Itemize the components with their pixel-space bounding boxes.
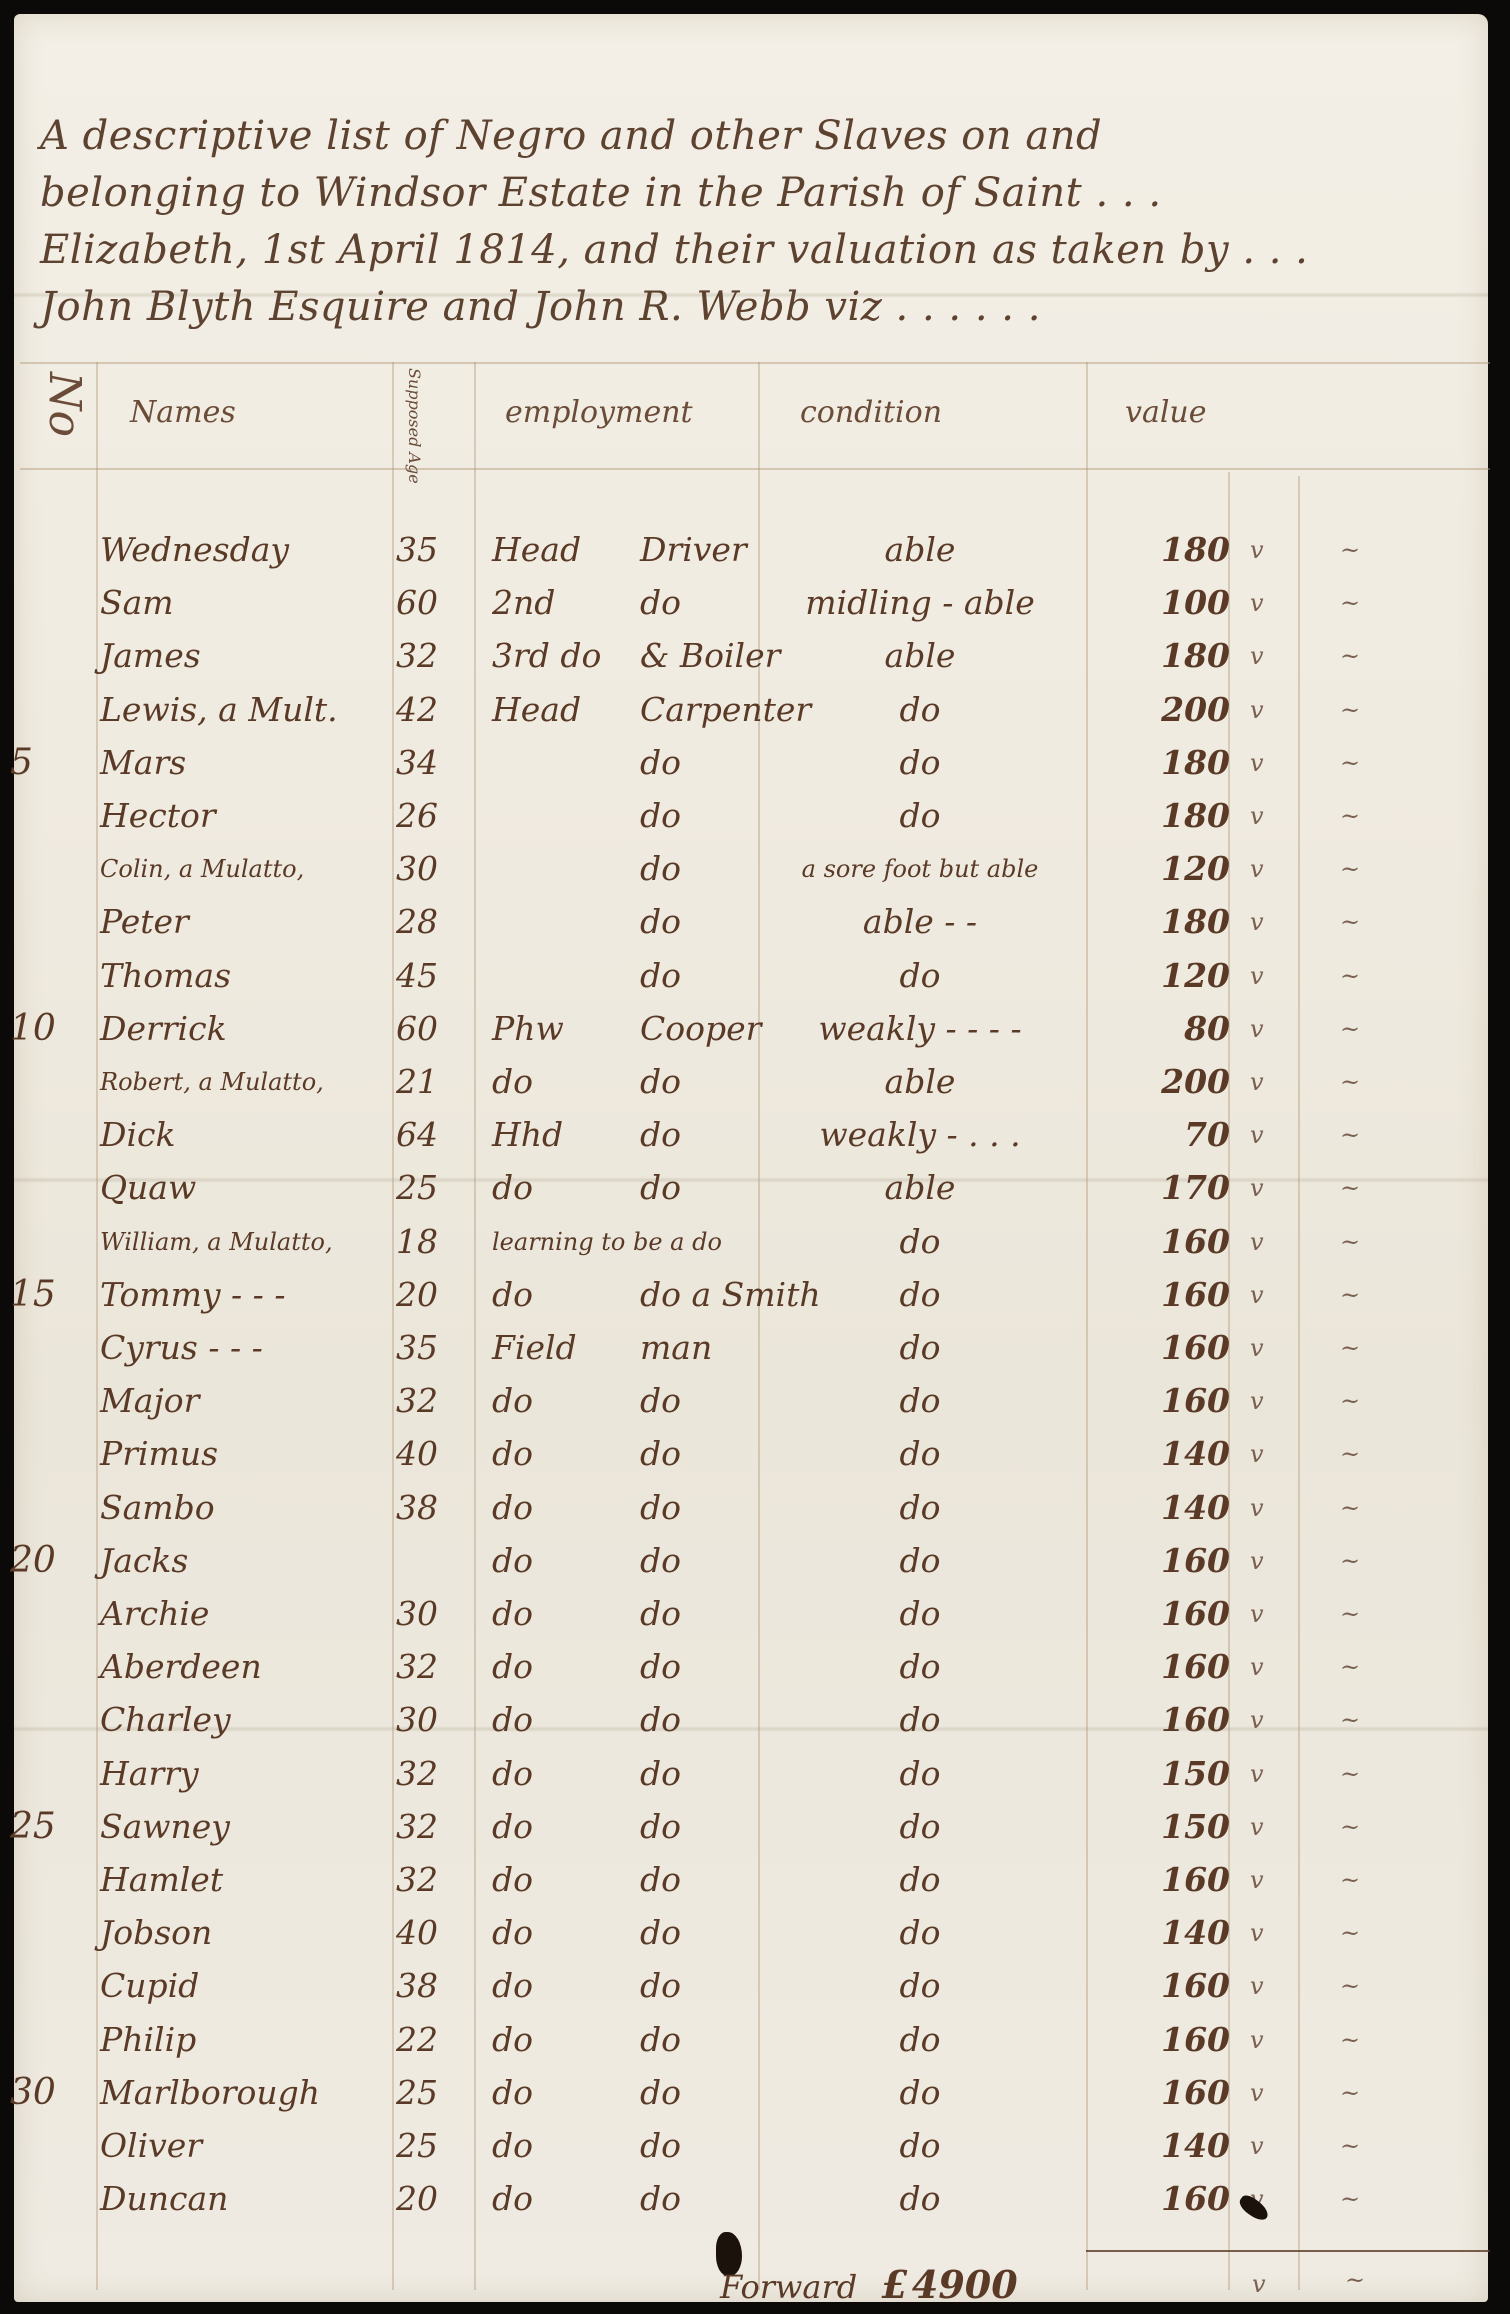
employment-2: do xyxy=(640,1641,760,1693)
check-mark-2: ~ xyxy=(1340,2120,1390,2172)
check-mark-1: v xyxy=(1250,630,1290,682)
condition: do xyxy=(760,1588,1080,1640)
value: 160 xyxy=(1100,1694,1230,1746)
condition: do xyxy=(760,737,1080,789)
employment-2: do xyxy=(640,577,760,629)
age: 40 xyxy=(396,1907,476,1959)
employment-1: Hhd xyxy=(492,1109,652,1161)
title-line: Elizabeth, 1st April 1814, and their val… xyxy=(40,222,1440,279)
value: 80 xyxy=(1100,1003,1230,1055)
condition: do xyxy=(760,950,1080,1002)
check-mark-2: ~ xyxy=(1340,1216,1390,1268)
age: 32 xyxy=(396,1641,476,1693)
check-mark-2: ~ xyxy=(1340,1960,1390,2012)
slave-name: James xyxy=(100,630,390,682)
table-row: Cyrus - - -35Fieldmando160v~ xyxy=(0,1322,1510,1374)
condition: able - - xyxy=(760,896,1080,948)
age: 32 xyxy=(396,630,476,682)
value: 150 xyxy=(1100,1748,1230,1800)
header-rule-top xyxy=(20,362,1490,364)
employment-2: do xyxy=(640,1694,760,1746)
table-row: Jobson40dododo140v~ xyxy=(0,1907,1510,1959)
check-mark-2: ~ xyxy=(1340,2067,1390,2119)
age: 32 xyxy=(396,1375,476,1427)
table-row: Colin, a Mulatto,30doa sore foot but abl… xyxy=(0,843,1510,895)
row-number: 20 xyxy=(10,1535,80,1587)
condition: do xyxy=(760,1748,1080,1800)
employment-1: do xyxy=(492,1907,652,1959)
slave-name: Wednesday xyxy=(100,524,390,576)
total-rule xyxy=(1086,2250,1490,2252)
employment-2: do xyxy=(640,1428,760,1480)
age: 64 xyxy=(396,1109,476,1161)
age: 35 xyxy=(396,1322,476,1374)
check-mark-2: ~ xyxy=(1340,684,1390,736)
table-row: Hector26dodo180v~ xyxy=(0,790,1510,842)
condition: weakly - - - - xyxy=(760,1003,1080,1055)
age: 30 xyxy=(396,1694,476,1746)
check-mark-2: ~ xyxy=(1340,1375,1390,1427)
employment-1: do xyxy=(492,1428,652,1480)
check-mark-2: ~ xyxy=(1340,790,1390,842)
slave-name: Harry xyxy=(100,1748,390,1800)
condition: a sore foot but able xyxy=(760,843,1080,895)
condition: do xyxy=(760,1854,1080,1906)
table-row: Archie30dododo160v~ xyxy=(0,1588,1510,1640)
slave-name: Dick xyxy=(100,1109,390,1161)
table-row: 5Mars34dodo180v~ xyxy=(0,737,1510,789)
slave-name: Sambo xyxy=(100,1482,390,1534)
check-mark-2: ~ xyxy=(1340,1003,1390,1055)
table-row: Primus40dododo140v~ xyxy=(0,1428,1510,1480)
condition: do xyxy=(760,1694,1080,1746)
check-mark-2: ~ xyxy=(1340,630,1390,682)
check-mark-1: v xyxy=(1250,1322,1290,1374)
check-mark-1: v xyxy=(1250,737,1290,789)
check-mark-2: ~ xyxy=(1340,524,1390,576)
slave-name: Sam xyxy=(100,577,390,629)
value: 180 xyxy=(1100,790,1230,842)
slave-name: Hector xyxy=(100,790,390,842)
age: 25 xyxy=(396,1162,476,1214)
employment-2: do xyxy=(640,1748,760,1800)
value: 140 xyxy=(1100,2120,1230,2172)
age: 60 xyxy=(396,1003,476,1055)
employment-1: do xyxy=(492,1748,652,1800)
employment-2: do xyxy=(640,2067,760,2119)
check-mark-1: v xyxy=(1250,1003,1290,1055)
column-header-age: Supposed Age xyxy=(405,368,424,484)
slave-name: Tommy - - - xyxy=(100,1269,390,1321)
employment-2: do xyxy=(640,1535,760,1587)
check-mark-2: ~ xyxy=(1340,1588,1390,1640)
age: 20 xyxy=(396,2173,476,2225)
check-mark-2: ~ xyxy=(1340,1535,1390,1587)
check-mark-1: v xyxy=(1250,1694,1290,1746)
check-mark-1: v xyxy=(1250,1375,1290,1427)
slave-name: Aberdeen xyxy=(100,1641,390,1693)
condition: do xyxy=(760,1535,1080,1587)
table-row: Sam602nddomidling - able100v~ xyxy=(0,577,1510,629)
age: 20 xyxy=(396,1269,476,1321)
slave-name: Hamlet xyxy=(100,1854,390,1906)
employment-2: do xyxy=(640,1588,760,1640)
employment-1: Phw xyxy=(492,1003,652,1055)
value: 140 xyxy=(1100,1428,1230,1480)
check-mark-2: ~ xyxy=(1340,577,1390,629)
age: 38 xyxy=(396,1482,476,1534)
age: 42 xyxy=(396,684,476,736)
check-mark-2: ~ xyxy=(1340,1482,1390,1534)
employment-1: do xyxy=(492,1960,652,2012)
table-row: 20Jacksdododo160v~ xyxy=(0,1535,1510,1587)
employment-2: do xyxy=(640,1854,760,1906)
check-mark-1: v xyxy=(1250,1748,1290,1800)
age: 25 xyxy=(396,2067,476,2119)
employment-1: do xyxy=(492,1801,652,1853)
employment-1: do xyxy=(492,2067,652,2119)
check-mark-1: v xyxy=(1250,1854,1290,1906)
condition: do xyxy=(760,1960,1080,2012)
employment-2: Cooper xyxy=(640,1003,760,1055)
employment-2: do xyxy=(640,1056,760,1108)
check-mark-2: ~ xyxy=(1340,1641,1390,1693)
employment-2: man xyxy=(640,1322,760,1374)
table-row: Harry32dododo150v~ xyxy=(0,1748,1510,1800)
check-mark-2: ~ xyxy=(1340,2173,1390,2225)
age: 21 xyxy=(396,1056,476,1108)
condition: do xyxy=(760,2173,1080,2225)
check-mark-2: ~ xyxy=(1340,843,1390,895)
value: 160 xyxy=(1100,1216,1230,1268)
age: 60 xyxy=(396,577,476,629)
value: 180 xyxy=(1100,737,1230,789)
value: 70 xyxy=(1100,1109,1230,1161)
employment-2: do xyxy=(640,1109,760,1161)
value: 160 xyxy=(1100,1535,1230,1587)
slave-name: Marlborough xyxy=(100,2067,390,2119)
employment-2: do xyxy=(640,1801,760,1853)
employment-2: do a Smith xyxy=(640,1269,760,1321)
forward-amount: 4900 xyxy=(912,2262,1018,2307)
value: 150 xyxy=(1100,1801,1230,1853)
employment-1: Head xyxy=(492,524,652,576)
value: 160 xyxy=(1100,1269,1230,1321)
slave-name: Sawney xyxy=(100,1801,390,1853)
employment-1: do xyxy=(492,1854,652,1906)
check-mark-1: v xyxy=(1250,2014,1290,2066)
table-row: Major32dododo160v~ xyxy=(0,1375,1510,1427)
column-header-no: No xyxy=(39,372,90,437)
value: 180 xyxy=(1100,630,1230,682)
footer-check-2: ~ xyxy=(1345,2266,1365,2294)
check-mark-2: ~ xyxy=(1340,1748,1390,1800)
check-mark-2: ~ xyxy=(1340,1269,1390,1321)
age: 30 xyxy=(396,1588,476,1640)
column-header-condition: condition xyxy=(800,395,942,430)
value: 160 xyxy=(1100,1588,1230,1640)
check-mark-1: v xyxy=(1250,896,1290,948)
employment-2: do xyxy=(640,2014,760,2066)
value: 120 xyxy=(1100,843,1230,895)
age: 25 xyxy=(396,2120,476,2172)
forward-currency: £ xyxy=(881,2262,907,2307)
row-number: 5 xyxy=(10,737,80,789)
employment-1: do xyxy=(492,1269,652,1321)
age: 32 xyxy=(396,1748,476,1800)
table-row: Peter28doable - -180v~ xyxy=(0,896,1510,948)
slave-name: Jobson xyxy=(100,1907,390,1959)
age: 32 xyxy=(396,1801,476,1853)
slave-name: Duncan xyxy=(100,2173,390,2225)
value: 140 xyxy=(1100,1482,1230,1534)
value: 180 xyxy=(1100,524,1230,576)
check-mark-2: ~ xyxy=(1340,1907,1390,1959)
value: 200 xyxy=(1100,1056,1230,1108)
slave-name: Robert, a Mulatto, xyxy=(100,1056,390,1108)
employment-2: Carpenter xyxy=(640,684,760,736)
condition: midling - able xyxy=(760,577,1080,629)
employment-1: Head xyxy=(492,684,652,736)
column-header-names: Names xyxy=(130,395,236,430)
check-mark-2: ~ xyxy=(1340,1056,1390,1108)
employment-2: do xyxy=(640,950,760,1002)
value: 180 xyxy=(1100,896,1230,948)
column-header-value: value xyxy=(1125,395,1207,430)
slave-name: Thomas xyxy=(100,950,390,1002)
title-line: belonging to Windsor Estate in the Paris… xyxy=(40,165,1440,222)
check-mark-1: v xyxy=(1250,577,1290,629)
age: 26 xyxy=(396,790,476,842)
condition: do xyxy=(760,1269,1080,1321)
value: 160 xyxy=(1100,1322,1230,1374)
condition: do xyxy=(760,2014,1080,2066)
value: 160 xyxy=(1100,1641,1230,1693)
condition: able xyxy=(760,1162,1080,1214)
table-row: Cupid38dododo160v~ xyxy=(0,1960,1510,2012)
title-line: John Blyth Esquire and John R. Webb viz … xyxy=(40,279,1440,336)
check-mark-1: v xyxy=(1250,1109,1290,1161)
value: 160 xyxy=(1100,2067,1230,2119)
value: 160 xyxy=(1100,2014,1230,2066)
check-mark-1: v xyxy=(1250,1482,1290,1534)
value: 120 xyxy=(1100,950,1230,1002)
check-mark-1: v xyxy=(1250,2120,1290,2172)
table-row: Charley30dododo160v~ xyxy=(0,1694,1510,1746)
condition: do xyxy=(760,1428,1080,1480)
value: 100 xyxy=(1100,577,1230,629)
table-row: Wednesday35HeadDriverable180v~ xyxy=(0,524,1510,576)
employment-2: do xyxy=(640,1375,760,1427)
check-mark-2: ~ xyxy=(1340,896,1390,948)
condition: do xyxy=(760,1322,1080,1374)
row-number: 15 xyxy=(10,1269,80,1321)
check-mark-1: v xyxy=(1250,1801,1290,1853)
check-mark-1: v xyxy=(1250,1960,1290,2012)
slave-name: Archie xyxy=(100,1588,390,1640)
row-number: 30 xyxy=(10,2067,80,2119)
employment-2: do xyxy=(640,1960,760,2012)
age: 38 xyxy=(396,1960,476,2012)
value: 160 xyxy=(1100,1960,1230,2012)
check-mark-2: ~ xyxy=(1340,2014,1390,2066)
condition: do xyxy=(760,1482,1080,1534)
slave-name: Colin, a Mulatto, xyxy=(100,843,390,895)
table-row: Aberdeen32dododo160v~ xyxy=(0,1641,1510,1693)
age: 35 xyxy=(396,524,476,576)
condition: weakly - . . . xyxy=(760,1109,1080,1161)
employment-2: do xyxy=(640,1482,760,1534)
value: 160 xyxy=(1100,1854,1230,1906)
slave-name: Philip xyxy=(100,2014,390,2066)
value: 170 xyxy=(1100,1162,1230,1214)
condition: do xyxy=(760,790,1080,842)
check-mark-1: v xyxy=(1250,1641,1290,1693)
employment-1: Field xyxy=(492,1322,652,1374)
employment-2: do xyxy=(640,896,760,948)
employment-1: 3rd do xyxy=(492,630,652,682)
check-mark-1: v xyxy=(1250,684,1290,736)
employment-1: learning to be a do xyxy=(492,1216,652,1268)
header-rule-bottom xyxy=(20,468,1490,470)
slave-name: Jacks xyxy=(100,1535,390,1587)
table-row: Robert, a Mulatto,21dodoable200v~ xyxy=(0,1056,1510,1108)
value: 200 xyxy=(1100,684,1230,736)
employment-1: do xyxy=(492,2014,652,2066)
check-mark-1: v xyxy=(1250,1588,1290,1640)
table-row: 30Marlborough25dododo160v~ xyxy=(0,2067,1510,2119)
condition: do xyxy=(760,2067,1080,2119)
employment-2: do xyxy=(640,790,760,842)
age: 40 xyxy=(396,1428,476,1480)
check-mark-2: ~ xyxy=(1340,1694,1390,1746)
table-row: Quaw25dodoable170v~ xyxy=(0,1162,1510,1214)
row-number: 10 xyxy=(10,1003,80,1055)
column-header-employment: employment xyxy=(505,395,693,430)
condition: do xyxy=(760,1907,1080,1959)
employment-1: do xyxy=(492,1588,652,1640)
slave-name: Quaw xyxy=(100,1162,390,1214)
employment-1: do xyxy=(492,1162,652,1214)
slave-name: Major xyxy=(100,1375,390,1427)
check-mark-1: v xyxy=(1250,1907,1290,1959)
check-mark-1: v xyxy=(1250,2067,1290,2119)
check-mark-2: ~ xyxy=(1340,1109,1390,1161)
check-mark-2: ~ xyxy=(1340,737,1390,789)
value: 140 xyxy=(1100,1907,1230,1959)
check-mark-2: ~ xyxy=(1340,1162,1390,1214)
employment-1: do xyxy=(492,2120,652,2172)
table-row: 10Derrick60PhwCooperweakly - - - -80v~ xyxy=(0,1003,1510,1055)
check-mark-1: v xyxy=(1250,524,1290,576)
slave-name: Charley xyxy=(100,1694,390,1746)
table-row: James323rd do& Boilerable180v~ xyxy=(0,630,1510,682)
check-mark-2: ~ xyxy=(1340,1322,1390,1374)
check-mark-1: v xyxy=(1250,1056,1290,1108)
value: 160 xyxy=(1100,2173,1230,2225)
employment-1: 2nd xyxy=(492,577,652,629)
condition: do xyxy=(760,1641,1080,1693)
table-row: William, a Mulatto,18learning to be a do… xyxy=(0,1216,1510,1268)
employment-2: & Boiler xyxy=(640,630,760,682)
condition: able xyxy=(760,524,1080,576)
check-mark-1: v xyxy=(1250,950,1290,1002)
employment-1: do xyxy=(492,1535,652,1587)
check-mark-1: v xyxy=(1250,1428,1290,1480)
check-mark-1: v xyxy=(1250,1535,1290,1587)
check-mark-2: ~ xyxy=(1340,950,1390,1002)
employment-1: do xyxy=(492,1694,652,1746)
employment-2: do xyxy=(640,1907,760,1959)
condition: do xyxy=(760,1375,1080,1427)
slave-name: Oliver xyxy=(100,2120,390,2172)
condition: do xyxy=(760,2120,1080,2172)
condition: able xyxy=(760,630,1080,682)
check-mark-2: ~ xyxy=(1340,1854,1390,1906)
table-row: Dick64Hhddoweakly - . . .70v~ xyxy=(0,1109,1510,1161)
employment-1: do xyxy=(492,1641,652,1693)
table-row: Lewis, a Mult.42HeadCarpenterdo200v~ xyxy=(0,684,1510,736)
age: 45 xyxy=(396,950,476,1002)
slave-name: Cyrus - - - xyxy=(100,1322,390,1374)
employment-2: do xyxy=(640,2173,760,2225)
employment-2: do xyxy=(640,737,760,789)
document-title: A descriptive list of Negro and other Sl… xyxy=(40,108,1440,336)
check-mark-2: ~ xyxy=(1340,1801,1390,1853)
title-line: A descriptive list of Negro and other Sl… xyxy=(40,108,1440,165)
age: 32 xyxy=(396,1854,476,1906)
age: 22 xyxy=(396,2014,476,2066)
slave-name: Mars xyxy=(100,737,390,789)
check-mark-1: v xyxy=(1250,843,1290,895)
table-row: Sambo38dododo140v~ xyxy=(0,1482,1510,1534)
check-mark-1: v xyxy=(1250,790,1290,842)
condition: do xyxy=(760,684,1080,736)
employment-1: do xyxy=(492,1482,652,1534)
condition: do xyxy=(760,1216,1080,1268)
table-row: Duncan20dododo160v~ xyxy=(0,2173,1510,2225)
slave-name: Lewis, a Mult. xyxy=(100,684,390,736)
employment-2: do xyxy=(640,1162,760,1214)
check-mark-1: v xyxy=(1250,1269,1290,1321)
age: 34 xyxy=(396,737,476,789)
slave-name: Primus xyxy=(100,1428,390,1480)
table-row: Oliver25dododo140v~ xyxy=(0,2120,1510,2172)
table-row: Philip22dododo160v~ xyxy=(0,2014,1510,2066)
forward-total: Forward £4900 xyxy=(720,2262,1018,2307)
value: 160 xyxy=(1100,1375,1230,1427)
condition: able xyxy=(760,1056,1080,1108)
footer-check-1: v xyxy=(1252,2270,1266,2298)
employment-1: do xyxy=(492,1056,652,1108)
table-row: 25Sawney32dododo150v~ xyxy=(0,1801,1510,1853)
table-row: 15Tommy - - -20dodo a Smithdo160v~ xyxy=(0,1269,1510,1321)
employment-1: do xyxy=(492,1375,652,1427)
employment-1: do xyxy=(492,2173,652,2225)
employment-2: Driver xyxy=(640,524,760,576)
slave-name: Peter xyxy=(100,896,390,948)
slave-name: William, a Mulatto, xyxy=(100,1216,390,1268)
slave-name: Cupid xyxy=(100,1960,390,2012)
employment-2: do xyxy=(640,2120,760,2172)
slave-name: Derrick xyxy=(100,1003,390,1055)
forward-label: Forward xyxy=(720,2268,857,2306)
check-mark-2: ~ xyxy=(1340,1428,1390,1480)
age: 18 xyxy=(396,1216,476,1268)
table-row: Hamlet32dododo160v~ xyxy=(0,1854,1510,1906)
age: 30 xyxy=(396,843,476,895)
row-number: 25 xyxy=(10,1801,80,1853)
